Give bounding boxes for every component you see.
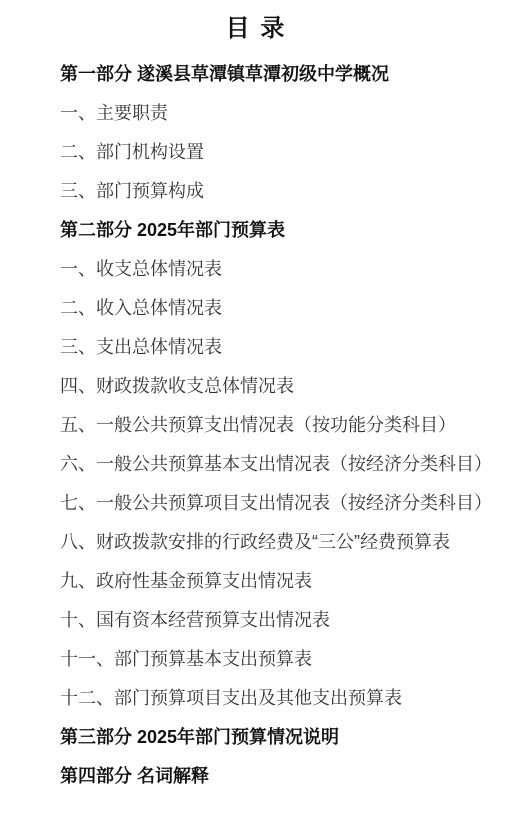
toc-section-heading: 第四部分 名词解释 xyxy=(60,755,496,794)
toc-item: 三、部门预算构成 xyxy=(60,170,496,209)
toc-section-heading: 第三部分 2025年部门预算情况说明 xyxy=(60,716,496,755)
toc-item: 十一、部门预算基本支出预算表 xyxy=(60,638,496,677)
toc-section-heading: 第二部分 2025年部门预算表 xyxy=(60,209,496,248)
toc-section-heading: 第一部分 遂溪县草潭镇草潭初级中学概况 xyxy=(60,53,496,92)
toc-item: 一、收支总体情况表 xyxy=(60,248,496,287)
toc-item: 十二、部门预算项目支出及其他支出预算表 xyxy=(60,677,496,716)
toc-item: 一、主要职责 xyxy=(60,92,496,131)
table-of-contents: 第一部分 遂溪县草潭镇草潭初级中学概况 一、主要职责 二、部门机构设置 三、部门… xyxy=(0,53,512,794)
toc-item: 七、一般公共预算项目支出情况表（按经济分类科目） xyxy=(60,482,496,521)
toc-item: 二、部门机构设置 xyxy=(60,131,496,170)
toc-item: 三、支出总体情况表 xyxy=(60,326,496,365)
toc-item: 五、一般公共预算支出情况表（按功能分类科目） xyxy=(60,404,496,443)
toc-item: 四、财政拨款收支总体情况表 xyxy=(60,365,496,404)
document-page: 目 录 第一部分 遂溪县草潭镇草潭初级中学概况 一、主要职责 二、部门机构设置 … xyxy=(0,0,512,815)
toc-item: 八、财政拨款安排的行政经费及“三公”经费预算表 xyxy=(60,521,496,560)
toc-item: 六、一般公共预算基本支出情况表（按经济分类科目） xyxy=(60,443,496,482)
toc-item: 二、收入总体情况表 xyxy=(60,287,496,326)
toc-item: 十、国有资本经营预算支出情况表 xyxy=(60,599,496,638)
page-title: 目 录 xyxy=(0,12,512,46)
toc-item: 九、政府性基金预算支出情况表 xyxy=(60,560,496,599)
